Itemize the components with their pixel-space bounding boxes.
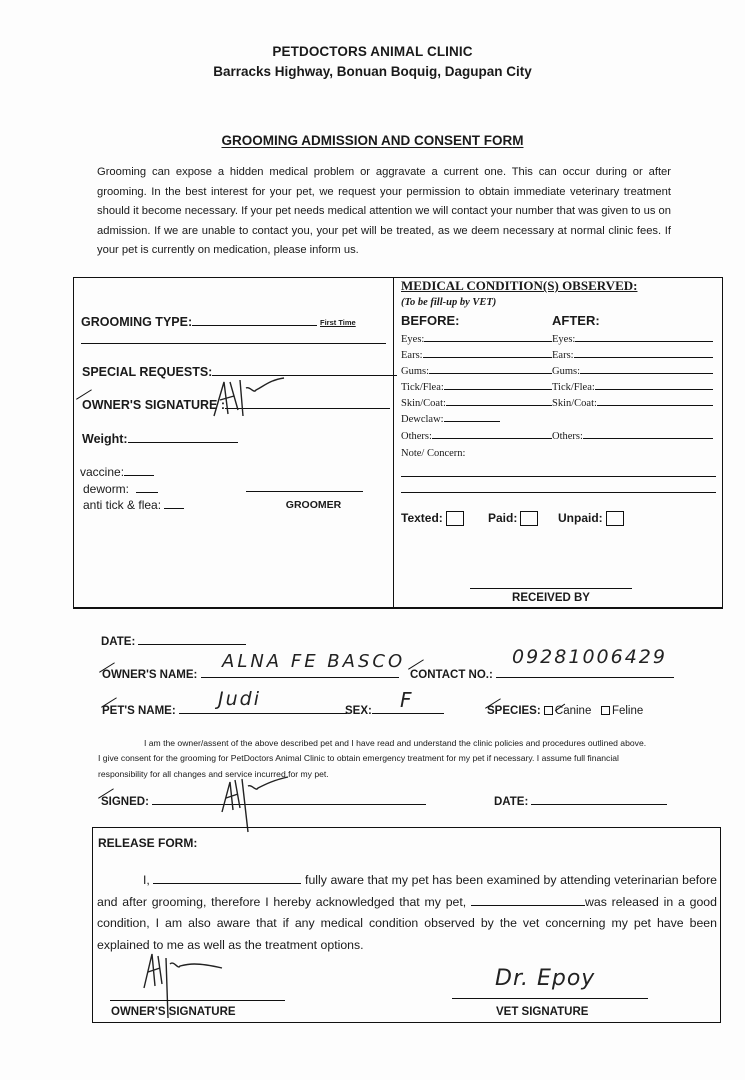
release-pet-blank[interactable] (471, 904, 585, 906)
owner-signature-scribble (210, 376, 310, 421)
species-option-canine[interactable]: Canine (544, 705, 591, 717)
paid-box[interactable] (520, 511, 538, 526)
unpaid-checkbox[interactable]: Unpaid: (558, 511, 624, 526)
texted-box[interactable] (446, 511, 464, 526)
before-input-line[interactable] (444, 388, 552, 390)
release-title: RELEASE FORM: (98, 836, 197, 850)
clinic-name: PETDOCTORS ANIMAL CLINIC (0, 44, 745, 59)
medical-row-after: Ears: (552, 350, 713, 361)
grooming-type-line2[interactable] (81, 343, 386, 344)
texted-checkbox[interactable]: Texted: (401, 511, 464, 526)
before-label: Others: (401, 431, 432, 442)
after-label: Gums: (552, 366, 580, 377)
sex-value: F (400, 688, 414, 712)
received-by-line[interactable] (470, 588, 632, 589)
medical-row-after: Others: (552, 431, 713, 442)
medical-row: Gums: (401, 366, 552, 377)
medical-row-after: Tick/Flea: (552, 382, 713, 393)
medical-title: MEDICAL CONDITION(S) OBSERVED: (401, 278, 637, 294)
species-option-feline[interactable]: Feline (601, 705, 643, 717)
after-label: Skin/Coat: (552, 398, 597, 409)
release-owner-blank[interactable] (153, 882, 301, 884)
after-label: Ears: (552, 350, 574, 361)
clinic-address: Barracks Highway, Bonuan Boquig, Dagupan… (0, 64, 745, 79)
before-input-line[interactable] (429, 372, 552, 374)
after-input-line[interactable] (574, 356, 713, 358)
vaccine-field[interactable]: vaccine: (80, 465, 154, 479)
before-input-line[interactable] (446, 404, 552, 406)
medical-row: Others: (401, 431, 552, 442)
consent-line-1: I am the owner/assent of the above descr… (98, 736, 670, 752)
medical-row-after: Skin/Coat: (552, 398, 713, 409)
consent-line-2: I give consent for the grooming for PetD… (98, 751, 670, 782)
after-input-line[interactable] (575, 340, 713, 342)
medical-row: Tick/Flea: (401, 382, 552, 393)
contact-value: 09281006429 (512, 646, 667, 668)
groomer-label: GROOMER (246, 499, 381, 511)
after-input-line[interactable] (580, 372, 713, 374)
after-heading: AFTER: (552, 313, 600, 328)
deworm-field[interactable]: deworm: (83, 482, 158, 496)
owner-signature-line[interactable] (110, 1000, 285, 1001)
before-label: Tick/Flea: (401, 382, 444, 393)
vet-signature-line[interactable] (452, 998, 648, 999)
species-field: SPECIES: Canine Feline (487, 705, 643, 717)
after-input-line[interactable] (597, 404, 713, 406)
groomer-signature-line[interactable] (246, 491, 363, 492)
after-label: Tick/Flea: (552, 382, 595, 393)
form-title: GROOMING ADMISSION AND CONSENT FORM (0, 133, 745, 148)
before-label: Dewclaw: (401, 414, 444, 425)
before-label: Gums: (401, 366, 429, 377)
release-paragraph: I, fully aware that my pet has been exam… (97, 870, 717, 956)
medical-row-after: Eyes: (552, 334, 713, 345)
pet-name-value: Judi (218, 688, 261, 710)
unpaid-box[interactable] (606, 511, 624, 526)
before-label: Eyes: (401, 334, 424, 345)
before-label: Ears: (401, 350, 423, 361)
grooming-type-note: First Time (320, 318, 356, 327)
owner-name-value: ALNA FE BASCO (222, 651, 405, 672)
grooming-type-field[interactable]: GROOMING TYPE: (81, 315, 317, 329)
after-label: Others: (552, 431, 583, 442)
vet-signature-label: VET SIGNATURE (496, 1006, 588, 1018)
medical-row: Dewclaw: (401, 414, 500, 425)
intro-paragraph: Grooming can expose a hidden medical pro… (97, 163, 671, 261)
medical-row-after: Gums: (552, 366, 713, 377)
note-line-1[interactable] (401, 476, 716, 477)
medical-row: Eyes: (401, 334, 552, 345)
before-input-line[interactable] (432, 437, 552, 439)
weight-field[interactable]: Weight: (82, 432, 238, 446)
consent-date-field[interactable]: DATE: (494, 796, 667, 808)
contact-field[interactable]: CONTACT NO.: (410, 669, 674, 681)
before-input-line[interactable] (423, 356, 552, 358)
medical-subtitle: (To be fill-up by VET) (401, 297, 496, 308)
after-input-line[interactable] (595, 388, 713, 390)
before-label: Skin/Coat: (401, 398, 446, 409)
paid-checkbox[interactable]: Paid: (488, 511, 538, 526)
medical-row: Skin/Coat: (401, 398, 552, 409)
before-input-line[interactable] (444, 420, 500, 422)
date-field[interactable]: DATE: (101, 636, 246, 648)
medical-row: Ears: (401, 350, 552, 361)
received-by-label: RECEIVED BY (470, 592, 632, 604)
note-concern-label: Note/ Concern: (401, 448, 465, 459)
vet-signature-value: Dr. Epoy (495, 966, 595, 991)
antitick-field[interactable]: anti tick & flea: (83, 498, 184, 512)
after-input-line[interactable] (583, 437, 713, 439)
column-divider (393, 277, 394, 609)
sex-field[interactable]: SEX: (345, 705, 444, 717)
before-input-line[interactable] (424, 340, 552, 342)
note-line-2[interactable] (401, 492, 716, 493)
before-heading: BEFORE: (401, 313, 460, 328)
owner-signature-label: OWNER'S SIGNATURE (111, 1006, 236, 1018)
after-label: Eyes: (552, 334, 575, 345)
